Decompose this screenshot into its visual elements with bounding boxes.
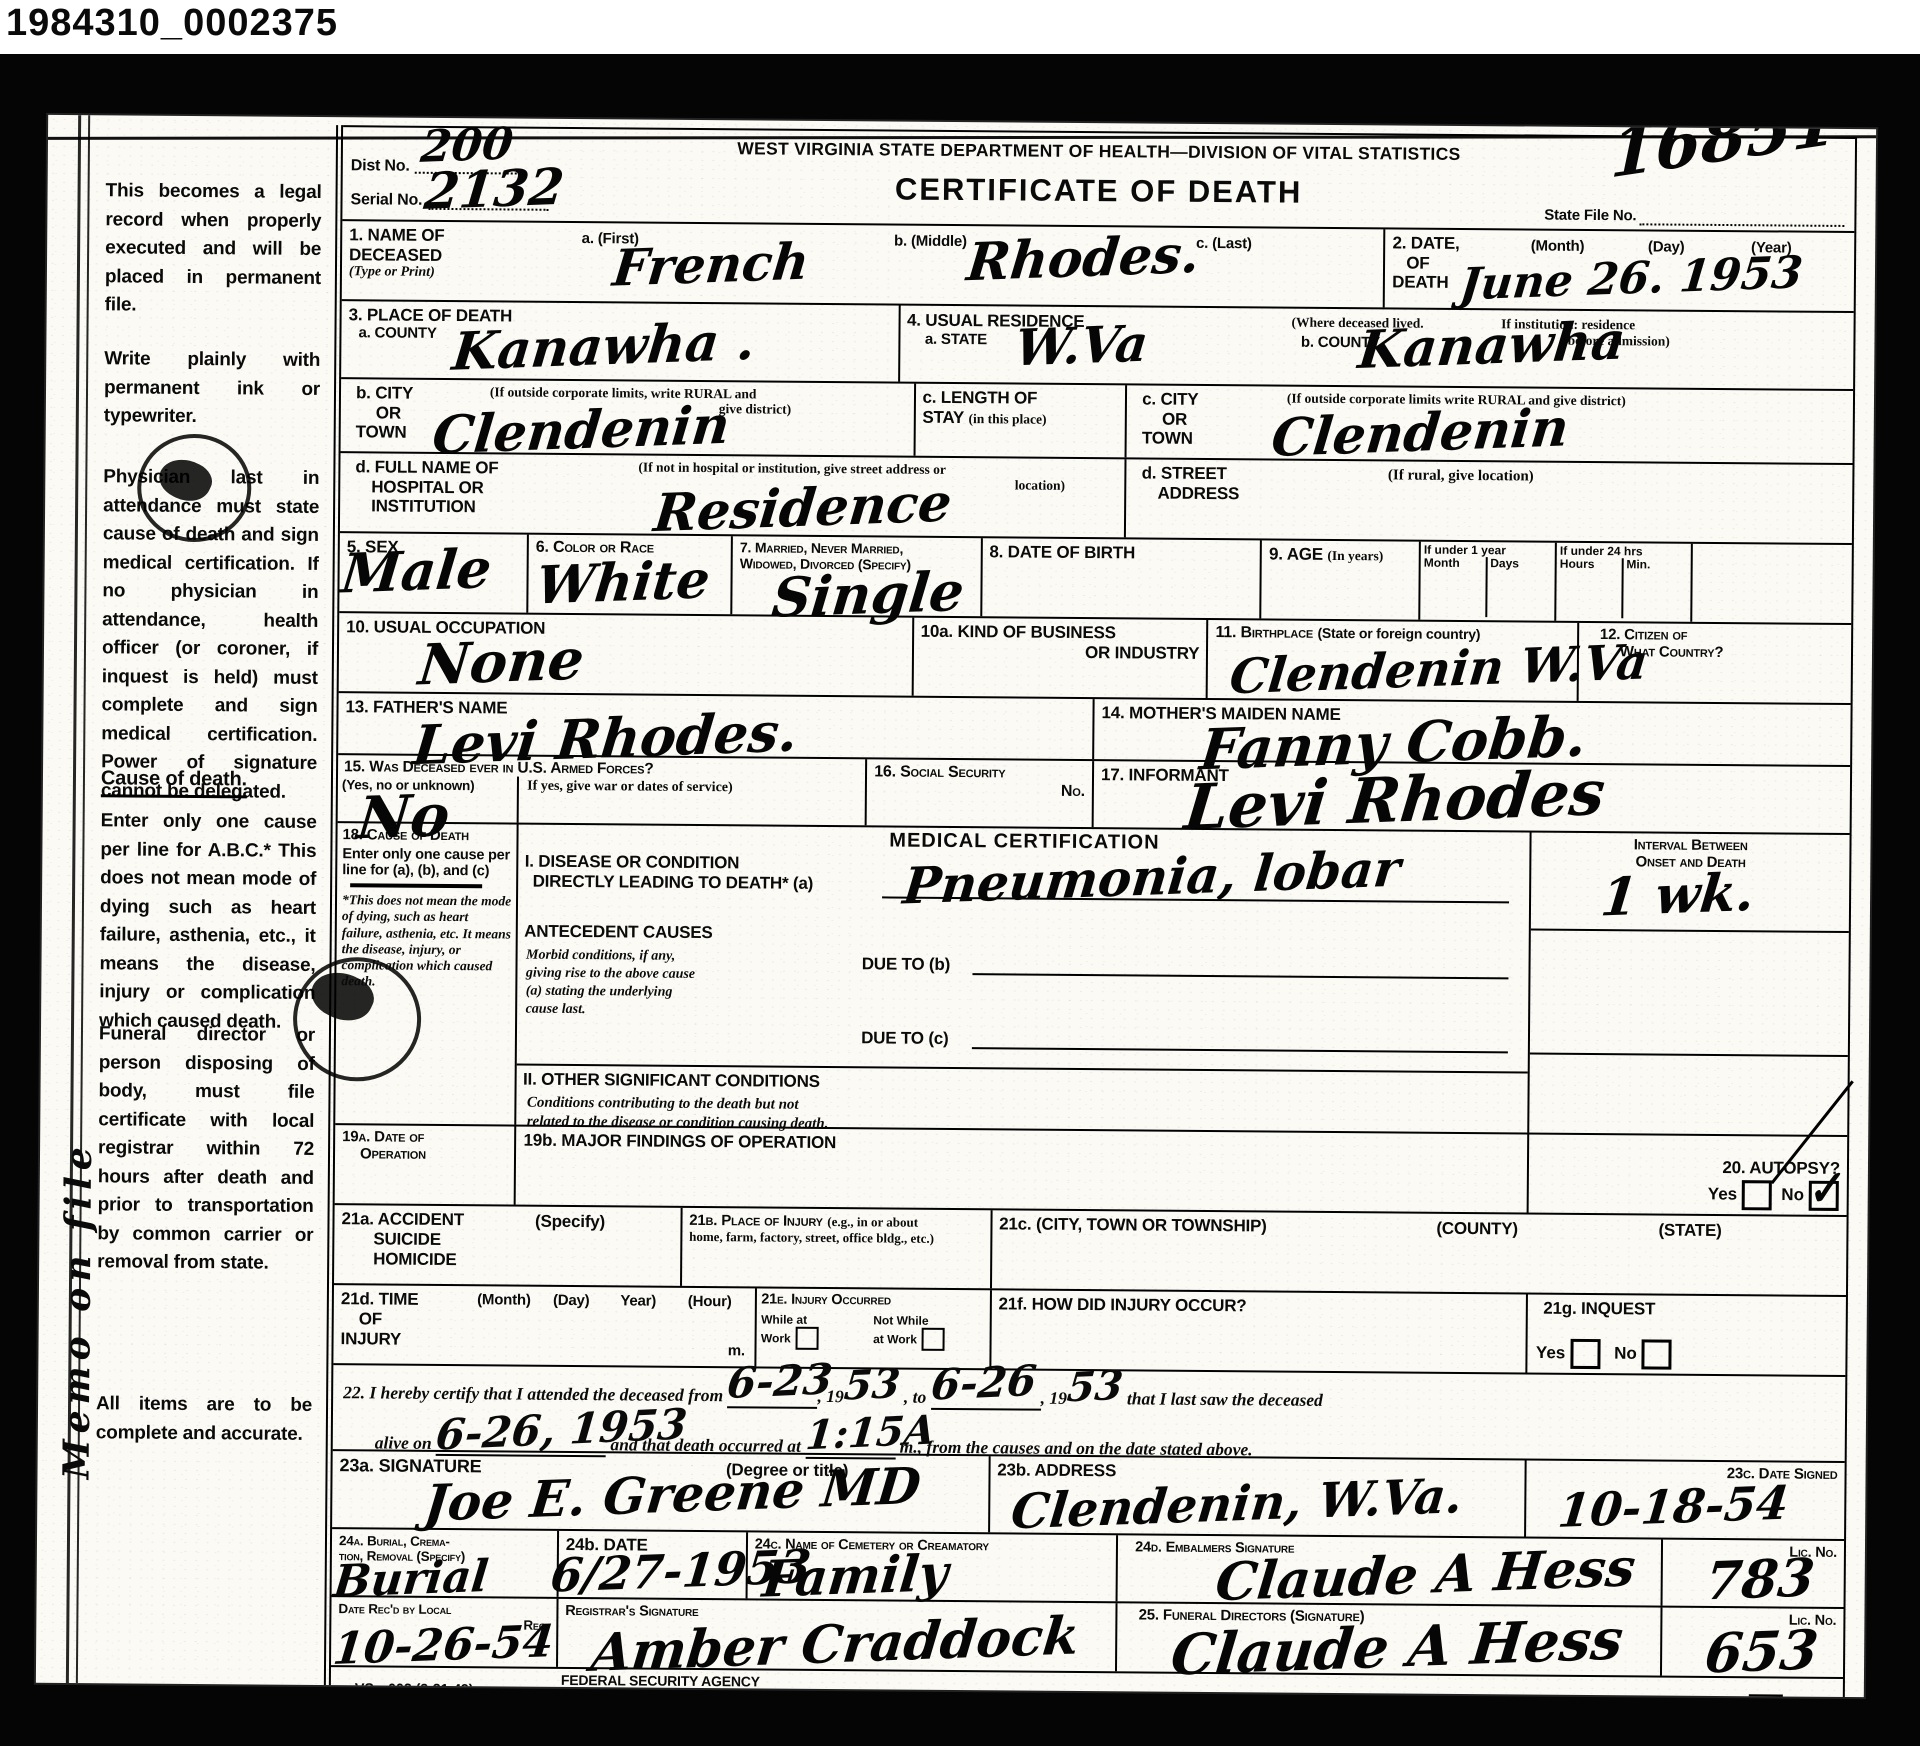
antecedent-note-3: (a) stating the underlying: [526, 984, 673, 1002]
autopsy-no-label: No: [1781, 1185, 1804, 1204]
medical-certification-center: MEDICAL CERTIFICATION I. DISEASE OR COND…: [517, 825, 1532, 1133]
antecedent-causes-section: ANTECEDENT CAUSES Morbid conditions, if …: [517, 922, 1529, 1072]
scan-id-text: 1984310_0002375: [6, 2, 338, 45]
not-while-work-label-2: at Work: [873, 1333, 917, 1347]
row-certify-statement: 22. I hereby certify that I attended the…: [333, 1365, 1846, 1463]
race-value: White: [534, 554, 712, 612]
name-middle-label: b. (Middle): [894, 233, 967, 250]
time-year-label: Year): [620, 1293, 656, 1310]
while-at-work-label-1: While at: [761, 1314, 873, 1328]
due-to-b-label: DUE TO (b): [862, 954, 951, 974]
hosp-value: Residence: [651, 477, 954, 540]
disease-label-2: DIRECTLY LEADING TO DEATH* (a): [533, 872, 814, 894]
accident-label-3: HOMICIDE: [341, 1249, 673, 1271]
date-signed-value: 10-18-54: [1556, 1479, 1791, 1533]
field-time-of-injury: 21d. TIME (Month) (Day) Year) (Hour) OF …: [333, 1285, 757, 1366]
ssn-label-2: No.: [874, 781, 1085, 801]
state-file-no-label: State File No.: [1544, 208, 1636, 226]
armed-forces-answer-cell: (Yes, no or unknown) No: [338, 775, 520, 822]
due-to-c-line: [972, 1047, 1508, 1053]
field-burial-type: 24a. Burial, Crema- tion, Removal (Speci…: [332, 1529, 559, 1597]
injury-state-label: (STATE): [1658, 1221, 1721, 1241]
certificate-paper: This becomes a legal record when properl…: [36, 115, 1876, 1697]
disease-label-1: I. DISEASE OR CONDITION: [525, 852, 740, 873]
name-last-value: Rhodes.: [964, 229, 1202, 290]
row-parents: 13. FATHER'S NAME Levi Rhodes. 14. MOTHE…: [338, 693, 1850, 767]
field-birthplace: 11. Birthplace (State or foreign country…: [1208, 620, 1579, 701]
while-at-work-label-2: Work: [761, 1332, 791, 1346]
under-24hrs-min-label: Min.: [1623, 558, 1688, 619]
scan-id-bar: 1984310_0002375: [0, 0, 1920, 54]
row-burial: 24a. Burial, Crema- tion, Removal (Speci…: [332, 1529, 1844, 1609]
field-city-of-death: b. CITY OR TOWN (If outside corporate li…: [341, 379, 916, 456]
cause-of-death-heading-text: Cause of death.: [101, 763, 247, 798]
stay-sublabel: (in this place): [968, 411, 1046, 427]
under-1yr-days-label: Days: [1487, 557, 1552, 618]
handwritten-margin-note: Memo on file: [55, 859, 102, 1479]
antecedent-note-4: cause last.: [526, 1002, 586, 1019]
occupation-value: None: [416, 631, 587, 693]
margin-paragraph-complete-accurate: All items are to be complete and accurat…: [96, 1390, 312, 1449]
operation-date-label-2: Operation: [342, 1146, 508, 1164]
accident-label-2: SUICIDE: [341, 1229, 673, 1251]
alive-on-value: 6-26, 1953: [435, 1411, 688, 1447]
registrar-value: Amber Craddock: [589, 1610, 1082, 1680]
burial-label-1: 24a. Burial, Crema-: [339, 1533, 550, 1550]
field-physician-address: 23b. ADDRESS Clendenin, W.Va.: [990, 1456, 1527, 1536]
field-age-under-24hrs: If under 24 hrs Hours Min.: [1556, 543, 1693, 622]
field-color-race: 6. Color or Race White: [528, 535, 733, 615]
field-place-of-injury: 21b. Place of Injury (e.g., in or about …: [682, 1208, 993, 1288]
field-how-injury-occurred: 21f. HOW DID INJURY OCCUR?: [991, 1290, 1528, 1372]
injury-city-label: 21c. (CITY, TOWN OR TOWNSHIP): [999, 1214, 1267, 1235]
interval-header-cell: Interval Between Onset and Death 1 wk.: [1531, 833, 1849, 933]
major-findings-label: 19b. MAJOR FINDINGS OF OPERATION: [524, 1131, 1521, 1158]
accident-label-1: 21a. ACCIDENT: [341, 1209, 464, 1229]
rescity-value: Clendenin: [1269, 402, 1571, 465]
hosp-note-2: location): [1015, 477, 1065, 493]
row-place-residence: 3. PLACE OF DEATH a. COUNTY Kanawha . 4.…: [341, 301, 1854, 391]
field-funeral-director: 25. Funeral Directors (Signature) Claude…: [1117, 1603, 1662, 1675]
serial-no-value: 2132: [422, 162, 566, 217]
dod-month-label: (Month): [1531, 238, 1585, 255]
field-father-name: 13. FATHER'S NAME Levi Rhodes.: [338, 693, 1094, 759]
row-sex-race-age: 5. SEX Male 6. Color or Race White 7. Ma…: [339, 533, 1852, 625]
age-row-filler: [1692, 544, 1851, 623]
field-ssn: 16. Social Security No.: [867, 759, 1094, 827]
form-number: VS—002 (3-31-49): [355, 1681, 474, 1697]
row-hospital-street: d. FULL NAME OF HOSPITAL OR INSTITUTION …: [340, 453, 1853, 545]
time-hour-label: (Hour): [688, 1294, 732, 1311]
residence-state-value: W.Va: [1013, 318, 1151, 373]
date-received-value: 10-26-54: [331, 1620, 556, 1672]
field-hospital: d. FULL NAME OF HOSPITAL OR INSTITUTION …: [340, 453, 1127, 537]
row-signature: 23a. SIGNATURE (Degree or title) Joe E. …: [332, 1451, 1845, 1541]
name-last-label: c. (Last): [1196, 236, 1252, 253]
armed-forces-value: No: [355, 786, 453, 848]
age-label: 9. AGE: [1269, 544, 1323, 563]
field-cause-of-death-instructions: 18. Cause of Death Enter only one cause …: [335, 823, 519, 1124]
field-autopsy: 20. AUTOPSY? Yes No ✓: [1529, 1135, 1847, 1215]
margin-instructions: This becomes a legal record when properl…: [80, 115, 336, 1685]
field-date-of-operation: 19a. Date of Operation: [335, 1125, 517, 1204]
autopsy-yes-checkbox: [1742, 1180, 1772, 1210]
age-sublabel: (In years): [1327, 548, 1383, 563]
residence-county-value: Kanawha: [1355, 315, 1627, 377]
field-residence-city: c. CITY OR TOWN (If outside corporate li…: [1127, 385, 1853, 463]
field-length-of-stay: c. LENGTH OF STAY (in this place): [915, 384, 1127, 458]
scanned-death-certificate-page: { "scan": { "id": "1984310_0002375" }, "…: [0, 0, 1920, 1746]
field-sex: 5. SEX Male: [339, 533, 529, 612]
while-at-work-option: While at Work: [761, 1314, 873, 1351]
not-while-work-label-1: Not While: [873, 1315, 985, 1329]
field-place-of-death: 3. PLACE OF DEATH a. COUNTY Kanawha .: [341, 301, 901, 381]
margin-cause-of-death-heading: Cause of death.: [101, 763, 317, 799]
field-date-signed: 23c. Date Signed 10-18-54: [1527, 1461, 1845, 1539]
state-file-no-value: 16851: [1610, 115, 1839, 188]
interval-label-1: Interval Between: [1532, 833, 1850, 856]
time-day-label: (Day): [553, 1293, 590, 1310]
inquest-yes-label: Yes: [1536, 1343, 1565, 1362]
physician-signature-value: Joe E. Greene MD: [422, 1461, 923, 1529]
armed-forces-war-cell: If yes, give war or dates of service): [519, 777, 865, 826]
autopsy-options: Yes No ✓: [1708, 1180, 1839, 1211]
certify-text-4: alive on: [375, 1432, 432, 1452]
field-embalmer-license: Lic. No. 783: [1662, 1540, 1844, 1607]
field-date-received: Date Rec'd by Local Reg. 10-26-54: [331, 1597, 558, 1667]
time-month-label: (Month): [477, 1292, 531, 1309]
burial-value: Burial: [331, 1555, 490, 1605]
business-label-1: 10a. KIND OF BUSINESS: [921, 622, 1200, 644]
field-inquest: 21g. INQUEST Yes No: [1528, 1295, 1846, 1375]
father-value: Levi Rhodes.: [411, 704, 801, 772]
fd-lic-value: 653: [1702, 1622, 1820, 1680]
interval-column: Interval Between Onset and Death 1 wk.: [1530, 833, 1850, 1135]
dod-value: June 26. 1953: [1458, 251, 1805, 307]
certify-text-3: that I last saw the deceased: [1127, 1388, 1323, 1410]
certify-text-2: , to: [904, 1387, 927, 1407]
due-to-c-label: DUE TO (c): [861, 1028, 949, 1048]
injury-occurred-label: 21e. Injury Occurred: [761, 1291, 985, 1309]
field-physician-signature: 23a. SIGNATURE (Degree or title) Joe E. …: [332, 1451, 990, 1532]
field-usual-residence: 4. USUAL RESIDENCE (Where deceased lived…: [901, 306, 1854, 389]
pod-county-value: Kanawha .: [450, 316, 758, 379]
row-accident-place-city: 21a. ACCIDENT (Specify) SUICIDE HOMICIDE…: [334, 1205, 1847, 1297]
sex-value: Male: [339, 541, 494, 601]
field-business-industry: 10a. KIND OF BUSINESS OR INDUSTRY: [913, 618, 1208, 698]
inquest-no-label: No: [1614, 1344, 1637, 1363]
due-to-b-line: [973, 973, 1509, 979]
antecedent-note-2: giving rise to the above cause: [526, 966, 695, 984]
armed-forces-war-label: If yes, give war or dates of service): [527, 779, 733, 797]
not-while-work-checkbox: [921, 1328, 944, 1351]
antecedent-note-1: Morbid conditions, if any,: [526, 948, 675, 966]
attended-to-year: 53: [1066, 1374, 1124, 1401]
how-injury-label: 21f. HOW DID INJURY OCCUR?: [999, 1294, 1520, 1318]
interval-empty-cell-1: [1530, 931, 1848, 1057]
street-note: (If rural, give location): [1388, 467, 1534, 485]
stay-label-2: STAY: [922, 407, 964, 426]
cause18-text-2: *This does not mean the mode of dying, s…: [341, 892, 511, 990]
row-operation-autopsy: 19a. Date of Operation 19b. MAJOR FINDIN…: [335, 1125, 1848, 1217]
field-registrar-signature: Registrar's Signature Amber Craddock: [558, 1599, 1118, 1671]
not-while-work-option: Not While at Work: [873, 1315, 985, 1352]
registrar-stamp-icon: [137, 434, 252, 543]
margin-paragraph-write-plainly: Write plainly with permanent ink or type…: [104, 345, 321, 432]
stay-label-1: c. LENGTH OF: [922, 388, 1118, 409]
inquest-options: Yes No: [1536, 1339, 1672, 1370]
business-label-2: OR INDUSTRY: [920, 641, 1199, 663]
row-registrar: Date Rec'd by Local Reg. 10-26-54 Regist…: [331, 1597, 1844, 1679]
inquest-no-checkbox: [1641, 1339, 1671, 1369]
row-city-stay: b. CITY OR TOWN (If outside corporate li…: [341, 379, 1854, 465]
street-label-2: ADDRESS: [1133, 483, 1845, 508]
field-street-address: d. STREET ADDRESS (If rural, give locati…: [1126, 459, 1852, 543]
field-marital-status: 7. Married, Never Married, Widowed, Divo…: [732, 536, 982, 616]
margin-paragraph-legal-record: This becomes a legal record when properl…: [105, 177, 322, 321]
time-injury-label-3: INJURY: [341, 1329, 749, 1352]
field-major-findings: 19b. MAJOR FINDINGS OF OPERATION: [516, 1127, 1530, 1213]
field-name-of-deceased: 1. NAME OF DECEASED (Type or Print) a. (…: [342, 221, 1386, 307]
field-age-under-1yr: If under 1 year Month Days: [1420, 542, 1557, 621]
city-value: Clendenin: [430, 400, 732, 463]
certificate-form: Dist No. 200 Serial No. 2132 WEST VIRGIN…: [324, 125, 1857, 1697]
field-mother-name: 14. MOTHER'S MAIDEN NAME Fanny Cobb.: [1094, 699, 1850, 765]
field-funeral-director-license: Lic. No. 653: [1662, 1608, 1844, 1677]
injury-county-label: (COUNTY): [1436, 1219, 1518, 1239]
accident-specify-label: (Specify): [535, 1212, 605, 1232]
informant-value: Levi Rhodes: [1181, 762, 1607, 839]
time-injury-label-1: 21d. TIME: [341, 1289, 419, 1309]
form-header-row: Dist No. 200 Serial No. 2132 WEST VIRGIN…: [342, 125, 1855, 233]
field-date-of-birth: 8. DATE OF BIRTH: [982, 538, 1262, 618]
state-file-leader: [1639, 223, 1844, 227]
form-header-cell: Dist No. 200 Serial No. 2132 WEST VIRGIN…: [342, 127, 1855, 231]
place-injury-label-3: home, farm, factory, street, office bldg…: [689, 1230, 983, 1247]
dob-label: 8. DATE OF BIRTH: [989, 542, 1253, 564]
under-1yr-month-label: Month: [1423, 557, 1487, 617]
cause18-divider: [350, 884, 482, 889]
birthplace-value: Clendenin W.Va: [1228, 638, 1651, 701]
embalmer-value: Claude A Hess: [1213, 1542, 1638, 1609]
field-age: 9. AGE (In years): [1262, 540, 1421, 619]
attended-from-value: 6-23: [727, 1366, 834, 1396]
scan-background: This becomes a legal record when properl…: [0, 54, 1920, 1746]
field-accident-suicide-homicide: 21a. ACCIDENT (Specify) SUICIDE HOMICIDE: [334, 1205, 682, 1286]
residence-state-label: a. STATE: [925, 332, 987, 349]
cemetery-value: Family: [760, 1548, 950, 1605]
under-24hrs-hours-label: Hours: [1559, 558, 1623, 618]
birthplace-label: 11. Birthplace: [1215, 624, 1313, 642]
physician-address-value: Clendenin, W.Va.: [1009, 1472, 1465, 1536]
place-injury-label-1: 21b. Place of Injury: [689, 1212, 823, 1230]
field-informant: 17. INFORMANT Levi Rhodes: [1094, 761, 1850, 833]
margin-paragraph-funeral-director: Funeral director or person disposing of …: [97, 1020, 315, 1278]
autopsy-label: 20. AUTOPSY?: [1536, 1139, 1840, 1179]
attended-to-value: 6-26: [930, 1368, 1037, 1398]
stamp-ink-blob: [153, 451, 217, 509]
funeral-director-value: Claude A Hess: [1169, 1611, 1626, 1683]
certify-text-y2: , 19: [1041, 1388, 1067, 1408]
autopsy-yes-label: Yes: [1708, 1184, 1737, 1203]
ssn-label-1: 16. Social Security: [874, 763, 1085, 783]
attended-from-year: 53: [843, 1372, 901, 1399]
embalmer-lic-value: 783: [1703, 1552, 1817, 1608]
death-time-value: 1:15A: [804, 1418, 935, 1448]
field-injury-city-county-state: 21c. (CITY, TOWN OR TOWNSHIP) (COUNTY) (…: [992, 1210, 1847, 1295]
other-conditions-label: II. OTHER SIGNIFICANT CONDITIONS: [523, 1070, 820, 1092]
medical-certification-block: 18. Cause of Death Enter only one cause …: [335, 823, 1849, 1137]
service-name: PUBLIC HEALTH SERVICE: [561, 1689, 760, 1698]
margin-paragraph-one-cause: Enter only one cause per line for A.B.C.…: [99, 807, 317, 1037]
row-occupation-birthplace: 10. USUAL OCCUPATION None 10a. KIND OF B…: [339, 613, 1852, 705]
while-at-work-checkbox: [795, 1327, 818, 1350]
other-conditions-note-1: Conditions contributing to the death but…: [527, 1094, 799, 1114]
interval-value: 1 wk.: [1599, 867, 1758, 925]
autopsy-no-checkbox: ✓: [1809, 1181, 1839, 1211]
disease-condition-line: I. DISEASE OR CONDITION DIRECTLY LEADING…: [518, 850, 1530, 930]
birthplace-sublabel: (State or foreign country): [1317, 625, 1480, 642]
autopsy-no-checkmark: ✓: [1802, 1165, 1846, 1215]
field-embalmer-signature: 24d. Embalmers Signature Claude A Hess: [1118, 1535, 1663, 1605]
scan-artifact-blob: [1749, 1694, 1783, 1697]
field-burial-date: 24b. DATE 6/27-1953: [558, 1531, 748, 1598]
inquest-label: 21g. INQUEST: [1535, 1299, 1839, 1321]
name-first-value: French: [610, 236, 811, 293]
place-injury-label-2: (e.g., in or about: [827, 1214, 918, 1230]
field-date-of-death: 2. DATE, OF DEATH (Month) (Day) (Year) J…: [1385, 229, 1854, 311]
inquest-yes-checkbox: [1570, 1339, 1600, 1369]
antecedent-label: ANTECEDENT CAUSES: [524, 922, 712, 943]
row-name-dod: 1. NAME OF DECEASED (Type or Print) a. (…: [342, 221, 1855, 313]
marital-value: Single: [769, 564, 966, 625]
